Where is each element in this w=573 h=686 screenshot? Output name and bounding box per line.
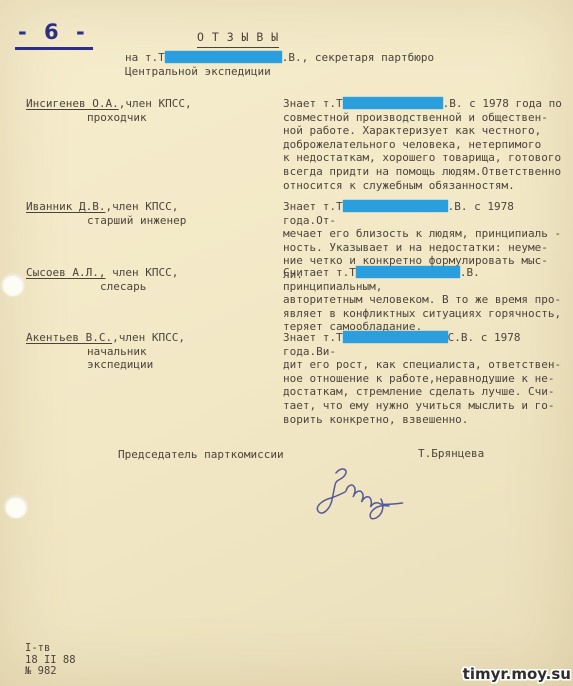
redaction-box [356,266,460,278]
reviewer-block: Акентьев В.С.,член КПСС, начальник экспе… [26,331,185,372]
reviewer-role: слесарь [26,280,178,294]
reviewer-membership: член КПСС, [105,266,178,279]
review-text: Знает т.Т.В. с 1978 года по совместной п… [283,97,573,192]
registration-stamp: I-тв 18 II 88 № 982 [25,643,76,678]
reviewer-membership: ,член КПСС, [112,331,185,344]
signatory-name: Т.Брянцева [418,447,484,461]
signatory-title: Председатель парткомиссии [118,448,284,462]
hole-punch [5,496,27,518]
reviewer-membership: ,член КПСС, [119,97,192,110]
subject-text: .В., секретаря партбюро [282,51,434,64]
review-text-prefix: Знает т.Т [283,200,343,213]
reviewer-role: старший инженер [26,214,186,228]
reviewer-block: Сысоев А.Л., член КПСС, слесарь [26,266,178,293]
review-text-prefix: Знает т.Т [283,97,343,110]
subject-line-2: Центральной экспедиции [125,65,434,79]
redaction-box [343,331,448,343]
subject-line-1: на т.Т.В., секретаря партбюро [125,51,434,65]
review-text: Знает т.ТС.В. с 1978 года.Ви- дит его ро… [283,331,573,426]
document-scan: - 6 - О Т З Ы В Ы на т.Т.В., секретаря п… [0,0,573,686]
review-first-line: Считает т.Т.В. принципиальным, [283,266,573,293]
reviewer-name-line: Инсигенев О.А.,член КПСС, [26,97,192,111]
review-body: дит его рост, как специалиста, ответстве… [283,358,573,426]
review-body: совместной производственной и обществен-… [283,111,573,193]
reviewer-name-line: Иванник Д.В.,член КПСС, [26,200,186,214]
redaction-box [343,200,448,212]
review-text: Считает т.Т.В. принципиальным, авторитет… [283,266,573,334]
review-first-line: Знает т.Т.В. с 1978 года по [283,97,573,111]
reviewer-role: начальник экспедиции [26,345,185,372]
reviewer-role: проходчик [26,111,192,125]
reviewer-name: Акентьев В.С. [26,331,112,344]
reviewer-name: Сысоев А.Л., [26,266,105,279]
review-first-line: Знает т.Т.В. с 1978 года.От- [283,200,573,227]
document-subject: на т.Т.В., секретаря партбюро Центрально… [125,51,434,78]
reviewer-name: Инсигенев О.А. [26,97,119,110]
review-text-suffix: .В. с 1978 года по [443,97,562,110]
redaction-box [343,97,443,109]
review-body: авторитетным человеком. В то же время пр… [283,293,573,334]
review-text-prefix: Считает т.Т [283,266,356,279]
reviewer-membership: ,член КПСС, [105,200,178,213]
redaction-box [165,51,282,63]
reviewer-block: Иванник Д.В.,член КПСС, старший инженер [26,200,186,227]
site-watermark: timyr.moy.su [463,665,571,683]
subject-text: на т.Т [125,51,165,64]
reviewer-name-line: Акентьев В.С.,член КПСС, [26,331,185,345]
reviewer-name: Иванник Д.В. [26,200,105,213]
document-title: О Т З Ы В Ы [197,31,279,48]
review-text-prefix: Знает т.Т [283,331,343,344]
reviewer-block: Инсигенев О.А.,член КПСС, проходчик [26,97,192,124]
reviewer-name-line: Сысоев А.Л., член КПСС, [26,266,178,280]
review-first-line: Знает т.ТС.В. с 1978 года.Ви- [283,331,573,358]
hole-punch [2,274,24,296]
handwritten-signature [296,459,408,523]
handwritten-page-number: - 6 - [15,20,93,50]
